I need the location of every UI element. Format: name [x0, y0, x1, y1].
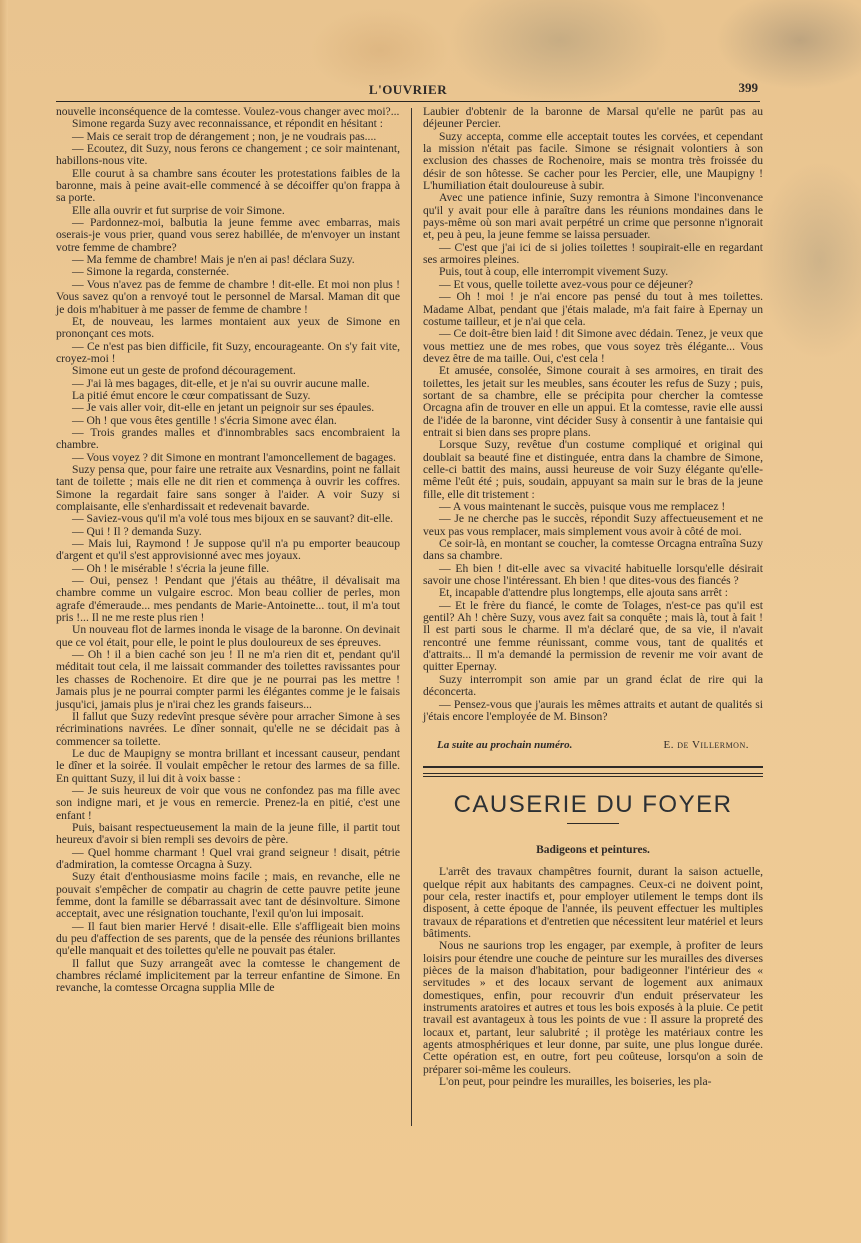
paragraph: — Je ne cherche pas le succès, répondit …	[423, 513, 763, 538]
column-divider	[411, 108, 412, 1126]
section-title-rule	[567, 823, 619, 824]
page-number: 399	[739, 80, 759, 96]
paragraph: Ce soir-là, en montant se coucher, la co…	[423, 538, 763, 563]
paragraph: — C'est que j'ai ici de si jolies toilet…	[423, 242, 763, 267]
section-separator	[423, 766, 763, 774]
section-subtitle: Badigeons et peintures.	[423, 844, 763, 856]
paragraph: Elle courut à sa chambre sans écouter le…	[56, 168, 400, 205]
publication-title: L'OUVRIER	[58, 82, 758, 98]
paragraph: — Oh ! il a bien caché son jeu ! Il ne m…	[56, 649, 400, 711]
paragraph: — Simone la regarda, consternée.	[56, 266, 400, 278]
author-name: E. de Villermon.	[664, 739, 749, 751]
paragraph: Puis, baisant respectueusement la main d…	[56, 822, 400, 847]
paragraph: — Oh ! moi ! je n'ai encore pas pensé du…	[423, 291, 763, 328]
paragraph: Suzy interrompit son amie par un grand é…	[423, 674, 763, 699]
paragraph: Simone eut un geste de profond décourage…	[56, 365, 400, 377]
section-separator-inner	[423, 774, 763, 777]
paragraph: — Eh bien ! dit-elle avec sa vivacité ha…	[423, 563, 763, 588]
paragraph: — Ce doit-être bien laid ! dit Simone av…	[423, 328, 763, 365]
paragraph: Et, de nouveau, les larmes montaient aux…	[56, 316, 400, 341]
paragraph: L'on peut, pour peindre les murailles, l…	[423, 1076, 763, 1088]
paragraph: Il fallut que Suzy redevînt presque sévè…	[56, 711, 400, 748]
paragraph: — Ce n'est pas bien difficile, fit Suzy,…	[56, 341, 400, 366]
paragraph: Puis, tout à coup, elle interrompit vive…	[423, 266, 763, 278]
paragraph: — Et le frère du fiancé, le comte de Tol…	[423, 600, 763, 674]
paragraph: — Mais lui, Raymond ! Je suppose qu'il n…	[56, 538, 400, 563]
paragraph: Simone regarda Suzy avec reconnaissance,…	[56, 118, 400, 130]
header-rule	[56, 101, 760, 102]
page-edge	[0, 0, 8, 1243]
page-header: L'OUVRIER 399	[58, 80, 758, 102]
paragraph: — Pardonnez-moi, balbutia la jeune femme…	[56, 217, 400, 254]
section-title: CAUSERIE DU FOYER	[423, 799, 763, 811]
paragraph: Le duc de Maupigny se montra brillant et…	[56, 748, 400, 785]
paragraph: Laubier d'obtenir de la baronne de Marsa…	[423, 106, 763, 131]
paragraph: Suzy était d'enthousiasme moins facile ;…	[56, 871, 400, 920]
paragraph: — Ecoutez, dit Suzy, nous ferons ce chan…	[56, 143, 400, 168]
paragraph: — Pensez-vous que j'aurais les mêmes att…	[423, 699, 763, 724]
right-column: Laubier d'obtenir de la baronne de Marsa…	[423, 106, 763, 1088]
paragraph: Suzy pensa que, pour faire une retraite …	[56, 464, 400, 513]
paragraph: — Saviez-vous qu'il m'a volé tous mes bi…	[56, 513, 400, 525]
paragraph: Suzy accepta, comme elle acceptait toute…	[423, 131, 763, 193]
section-body: L'arrêt des travaux champêtres fournit, …	[423, 866, 763, 1088]
paragraph: — Je vais aller voir, dit-elle en jetant…	[56, 402, 400, 414]
paragraph: — Je suis heureux de voir que vous ne co…	[56, 785, 400, 822]
paragraph: Un nouveau flot de larmes inonda le visa…	[56, 624, 400, 649]
paragraph: Avec une patience infinie, Suzy remontra…	[423, 192, 763, 241]
paragraph: — Trois grandes malles et d'innombrables…	[56, 427, 400, 452]
paragraph: Lorsque Suzy, revêtue d'un costume compl…	[423, 439, 763, 501]
left-column: nouvelle inconséquence de la comtesse. V…	[56, 106, 400, 995]
paragraph: — Quel homme charmant ! Quel vrai grand …	[56, 847, 400, 872]
paragraph: Et, incapable d'attendre plus longtemps,…	[423, 587, 763, 599]
serial-continuation: Laubier d'obtenir de la baronne de Marsa…	[423, 106, 763, 723]
paragraph: Nous ne saurions trop les engager, par e…	[423, 940, 763, 1076]
signoff: La suite au prochain numéro. E. de Ville…	[437, 739, 749, 751]
paragraph: — Oui, pensez ! Pendant que j'étais au t…	[56, 575, 400, 624]
paragraph: — Vous n'avez pas de femme de chambre ! …	[56, 279, 400, 316]
paragraph: L'arrêt des travaux champêtres fournit, …	[423, 866, 763, 940]
paragraph: Il fallut que Suzy arrangeât avec la com…	[56, 958, 400, 995]
paragraph: Et amusée, consolée, Simone courait à se…	[423, 365, 763, 439]
continuation-note: La suite au prochain numéro.	[437, 739, 572, 751]
paragraph: — Il faut bien marier Hervé ! disait-ell…	[56, 921, 400, 958]
